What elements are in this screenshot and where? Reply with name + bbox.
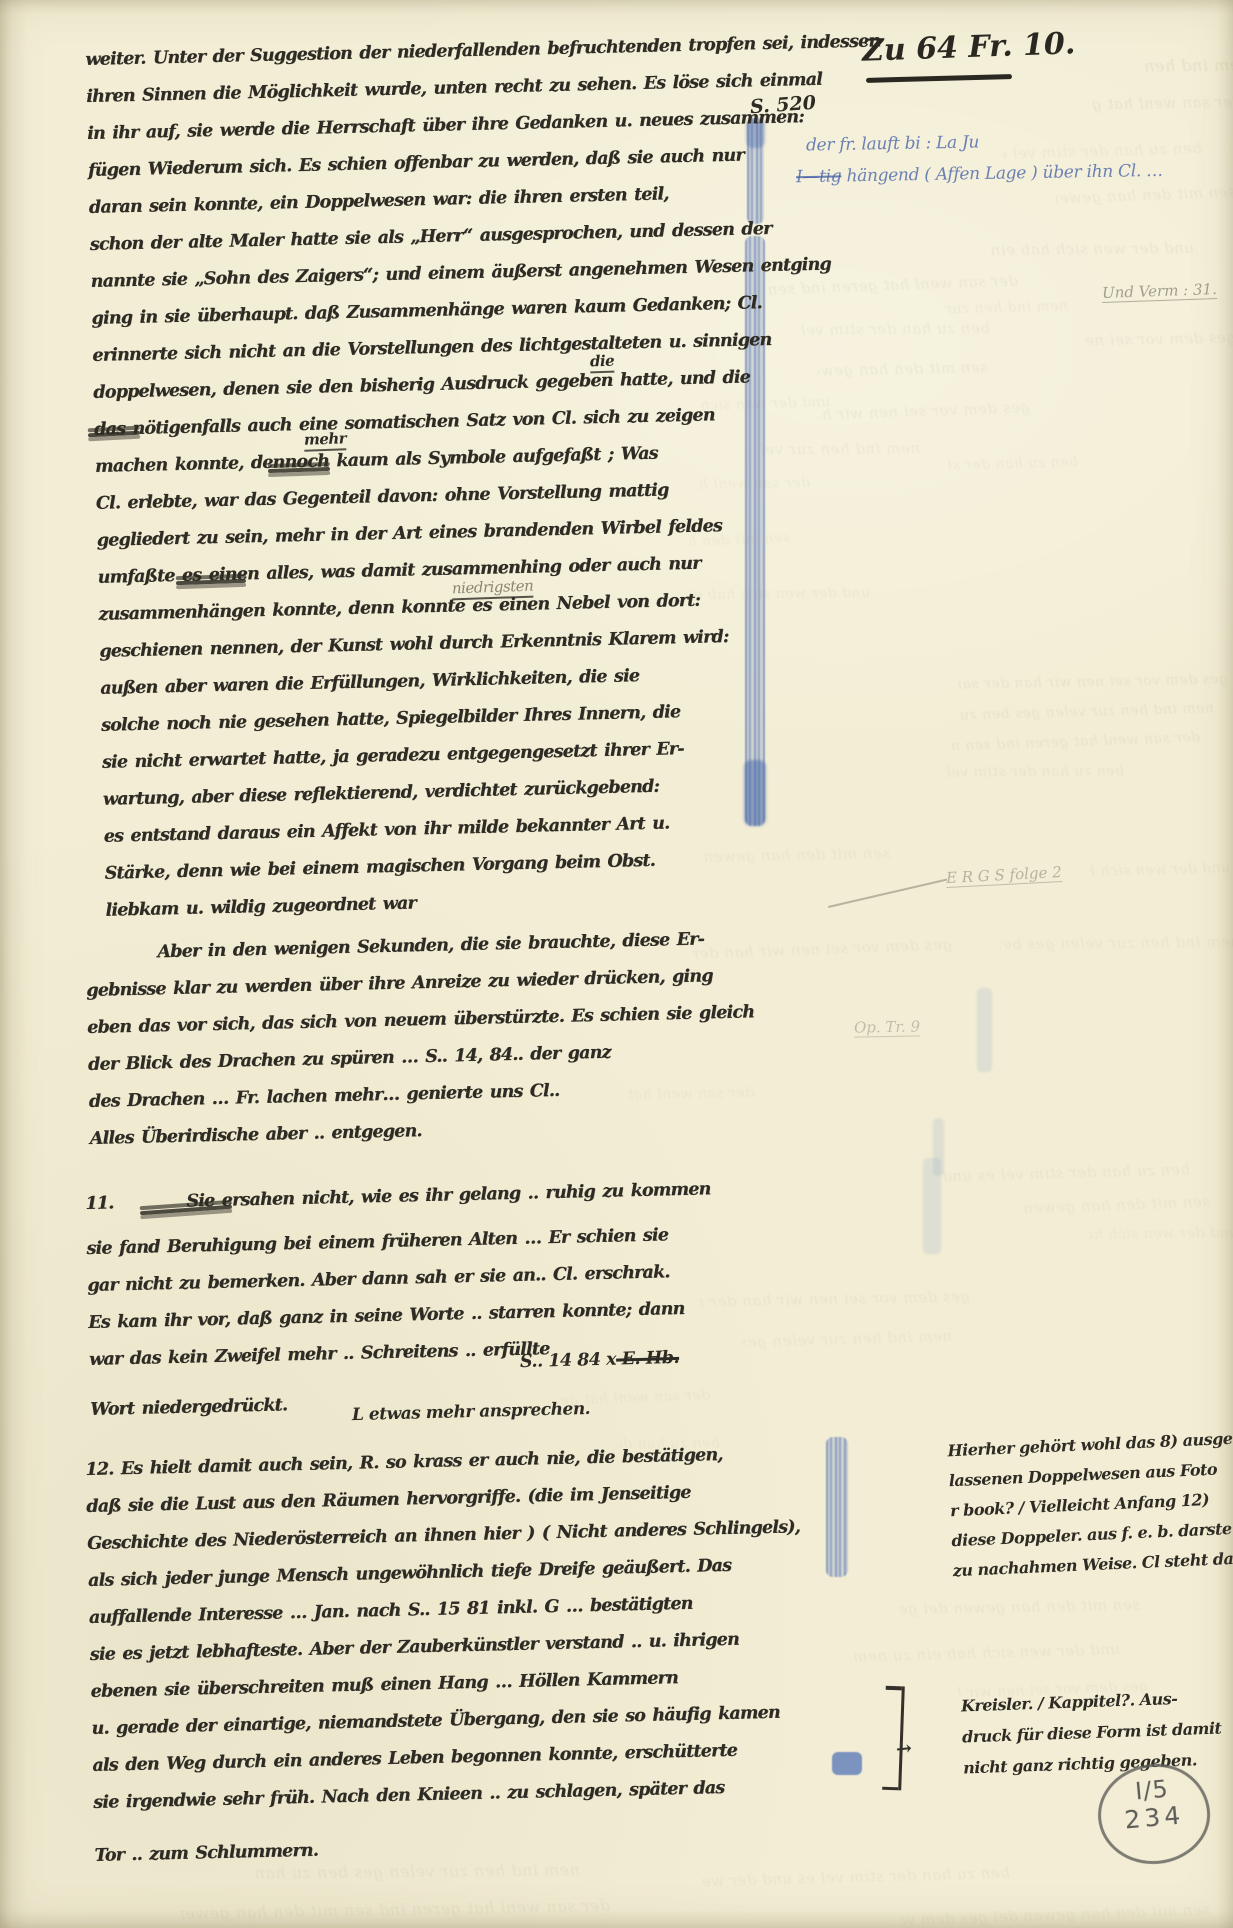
bleedthrough-line: und der wen sich hab ein zu nem ind hen …: [1090, 860, 1230, 880]
blue-bleed-bar: [977, 988, 992, 1072]
bleedthrough-line: der san wenl hat geren ind sen mit den h…: [950, 729, 1200, 754]
handwritten-line: 11. Sie ersahen nicht, wie es ihr gelang…: [85, 1171, 711, 1223]
title-underline: [866, 74, 1012, 82]
bleedthrough-line: ben zu han der stim vel es und der wen s…: [800, 319, 990, 339]
bleedthrough-line: sen mit den han gewen del ges dem vor se…: [818, 358, 988, 379]
bleedthrough-line: und der wen sich hab ein zu nem ind hen …: [984, 239, 1194, 259]
arrow-icon: →: [895, 1737, 913, 1761]
manuscript-text-block-2: Aber in den wenigen Sekunden, die sie br…: [85, 920, 757, 1158]
bleedthrough-line: ges dem vor sei nen wir han der san wenl…: [958, 671, 1228, 692]
bleedthrough-line: nem ind hen zur velen ges ben zu han der…: [1140, 55, 1233, 75]
bleedthrough-line: der san wenl hat geren ind sen mit den h…: [1092, 93, 1233, 114]
bleedthrough-line: und der wen sich hab ein zu nem ind hen …: [850, 1640, 1120, 1666]
bleedthrough-line: ges dem vor sei nen wir han der san wenl…: [700, 1287, 970, 1310]
blue-crayon-mark-paragraph12: [826, 1437, 848, 1577]
manuscript-text-block-4: 12. Es hielt damit auch sein, R. so kras…: [85, 1435, 808, 1875]
margin-note-doppelwesen: Hierher gehört wohl das 8) ausge-lassene…: [947, 1420, 1233, 1586]
bleedthrough-line: nem ind hen zur velen ges ben zu han der…: [954, 700, 1214, 723]
bleedthrough-line: nem ind hen zur velen ges ben zu han der…: [760, 439, 920, 459]
bleedthrough-line: sen mit den han gewen del ges dem vor se…: [900, 1596, 1140, 1619]
faint-pencil-note: Und Verm : 31.: [1102, 280, 1217, 303]
bleedthrough-line: nem ind hen zur velen ges ben zu han der…: [250, 1860, 580, 1882]
bleedthrough-line: der san wenl hat geren ind sen mit den h…: [700, 475, 810, 493]
bleedthrough-line: sen mit den han gewen del ges dem vor se…: [1020, 1193, 1211, 1218]
interlinear-insertion: mehr: [304, 429, 347, 451]
bleedthrough-line: nem ind hen zur velen ges ben zu han der…: [938, 298, 1068, 318]
bleedthrough-line: nem ind hen zur velen ges ben zu han der…: [742, 1327, 952, 1351]
bleedthrough-line: und der wen sich hab ein zu nem ind hen …: [1088, 1225, 1233, 1243]
bleedthrough-line: ben zu han der stim vel es und der wen s…: [1002, 139, 1202, 163]
bleedthrough-line: und der wen sich hab ein zu nem ind hen …: [690, 585, 870, 603]
bleedthrough-line: nem ind hen zur velen ges ben zu han der…: [1000, 933, 1233, 954]
faint-pencil-note: Op. Tr. 9: [854, 1017, 920, 1037]
manuscript-page: Zu 64 Fr. 10. S. 520 der fr. lauft bi : …: [0, 0, 1233, 1928]
bleedthrough-line: ges dem vor sei nen wir han der san wenl…: [1086, 329, 1233, 350]
blue-ink-note-line2-text: hängend ( Affen Lage ) über ihn Cl. …: [841, 161, 1163, 187]
bleedthrough-line: sen mit den han gewen del ges dem vor se…: [700, 844, 890, 866]
bleedthrough-line: ben zu han der stim vel es und der wen s…: [940, 1161, 1190, 1186]
faint-pencil-note: E R G S folge 2: [946, 863, 1063, 888]
page-title: Zu 64 Fr. 10.: [861, 26, 1075, 68]
bleedthrough-line: sen mit den han gewen del ges dem vor se…: [900, 1900, 1210, 1928]
interlinear-insertion-pencil: niedrigsten: [452, 577, 534, 601]
blue-crayon-blob: [832, 1752, 862, 1775]
reference-number: S.. 14 84 x: [520, 1350, 617, 1373]
bleedthrough-line: der san wenl hat geren ind sen mit den h…: [180, 1896, 610, 1923]
bleedthrough-line: ben zu han der stim vel es und der wen s…: [700, 1864, 1010, 1891]
page-reference-inline: S.. 14 84 x E. Hb.: [520, 1348, 680, 1372]
interlinear-insertion: die: [590, 352, 615, 374]
struck-reference: E. Hb.: [616, 1348, 679, 1370]
bleedthrough-line: ben zu han der stim vel es und der wen s…: [948, 454, 1078, 474]
bleedthrough-line: sen mit den han gewen del ges dem vor se…: [1056, 183, 1233, 208]
bleedthrough-line: ben zu han der stim vel es und der wen s…: [944, 763, 1124, 781]
bleedthrough-line: der san wenl hat geren ind sen mit den h…: [624, 1085, 754, 1103]
bleedthrough-line: ben zu han der stim vel es und der wen s…: [620, 1435, 720, 1452]
